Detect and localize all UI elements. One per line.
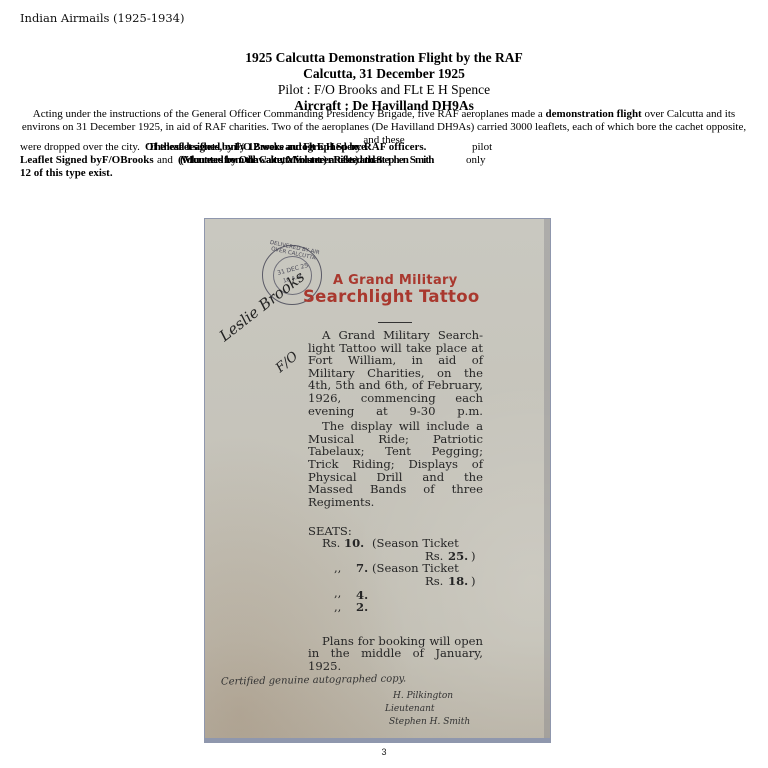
seat-row: Rs. 10. (Season Ticket (308, 537, 483, 549)
overlap-text: pilot (472, 141, 492, 154)
intro-text-1: Acting under the instructions of the Gen… (33, 108, 546, 120)
leaflet-heading-large: Searchlight Tattoo (303, 287, 479, 306)
overlap-text-bold: Leaflet Signed byF/OBrooks (20, 154, 154, 167)
leaflet-paragraph-3: Plans for booking will open in the middl… (308, 635, 483, 672)
overlap-text: only (466, 154, 486, 167)
pilot-line: Pilot : F/O Brooks and FLt E H Spence (0, 82, 768, 98)
signature-3: Stephen H. Smith (385, 716, 470, 729)
divider (378, 322, 412, 323)
signature-2: Lieutenant (385, 703, 470, 716)
overlap-text: and (157, 154, 173, 167)
page-number: 3 (0, 747, 768, 757)
overlap-text-bold: (Mounted by Odhwaite, Minister) attested… (180, 154, 382, 167)
leaflet-paragraph-1: A Grand Military Search-light Tattoo wil… (308, 329, 483, 417)
overlap-line-3: 12 of this type exist. (20, 167, 760, 180)
signature-rank: F/O (273, 349, 301, 376)
intro-bold-text: demonstration flight (545, 108, 641, 120)
booking-paragraph: Plans for booking will open in the middl… (308, 635, 483, 672)
page-title: 1925 Calcutta Demonstration Flight by th… (0, 50, 768, 66)
leaflet-photo: DELIVERED BY AIR OVER CALCUTTA 31 DEC 25… (204, 218, 551, 743)
overlapping-text-block: were dropped over the city. Of these lea… (20, 141, 760, 180)
title-block: 1925 Calcutta Demonstration Flight by th… (0, 50, 768, 114)
overlap-text: were dropped over the city. (20, 141, 140, 154)
header-note: Indian Airmails (1925-1934) (20, 11, 184, 25)
seat-row: ,, 7. (Season Ticket (308, 562, 483, 574)
seat-row: ,, 4. (308, 587, 483, 601)
leaflet-heading-small: A Grand Military (333, 273, 458, 288)
seat-row: ,, 2. (308, 601, 483, 613)
seats-list: SEATS: Rs. 10. (Season Ticket Rs. 25. ) … (308, 525, 483, 613)
leaflet-paragraph-2: The display will include a Musical Ride;… (308, 420, 483, 508)
leaflet-body: A Grand Military Search-light Tattoo wil… (308, 329, 483, 511)
flight-location-date: Calcutta, 31 December 1925 (0, 66, 768, 82)
signature-1: H. Pilkington (385, 690, 470, 703)
handwritten-signatures: H. Pilkington Lieutenant Stephen H. Smit… (385, 690, 470, 729)
overlap-text-bold: The leaflet signed by F/O Brooks and Flt… (148, 141, 367, 154)
overlap-line-1: were dropped over the city. Of these lea… (20, 141, 760, 154)
certified-handwritten-note: Certified genuine autographed copy. (221, 673, 406, 687)
overlap-line-2: Leaflet Signed byF/OBrooks and (Voluntee… (20, 154, 760, 167)
